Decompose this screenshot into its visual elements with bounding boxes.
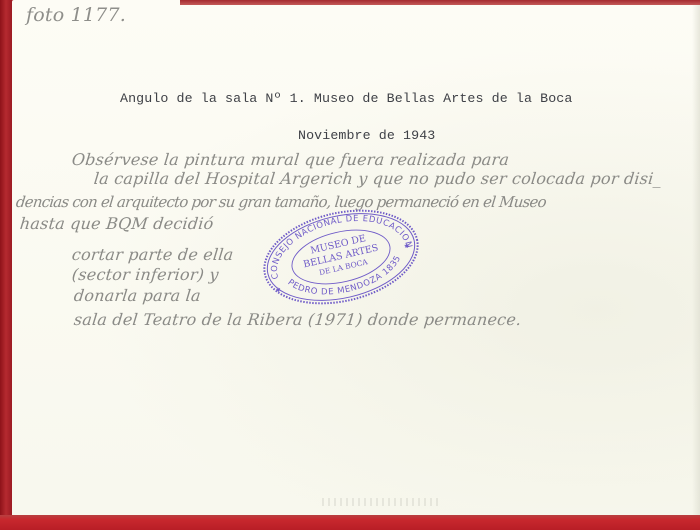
handwritten-line: la capilla del Hospital Argerich y que n… xyxy=(93,169,663,188)
handwritten-line: (sector inferior) y xyxy=(71,265,220,284)
paper-specks xyxy=(322,498,442,506)
photo-id-note: foto 1177. xyxy=(26,4,126,26)
handwritten-line: donarla para la xyxy=(73,286,202,305)
museum-stamp: CONSEJO NACIONAL DE EDUCACION PEDRO DE M… xyxy=(253,194,430,320)
svg-text:✱: ✱ xyxy=(275,286,281,294)
photo-back-paper: foto 1177. Angulo de la sala Nº 1. Museo… xyxy=(12,0,700,516)
handwritten-line: Obsérvese la pintura mural que fuera rea… xyxy=(71,150,510,169)
handwritten-line: cortar parte de ella xyxy=(71,245,234,264)
handwritten-line: dencias con el arquitecto por su gran ta… xyxy=(15,193,547,211)
album-frame-top xyxy=(180,0,700,5)
typed-caption: Angulo de la sala Nº 1. Museo de Bellas … xyxy=(120,91,572,106)
album-frame-bottom xyxy=(0,515,700,530)
album-frame-left xyxy=(0,0,12,530)
typed-date: Noviembre de 1943 xyxy=(298,128,435,143)
handwritten-line: hasta que BQM decidió xyxy=(19,214,215,233)
paper-edge xyxy=(692,0,700,516)
